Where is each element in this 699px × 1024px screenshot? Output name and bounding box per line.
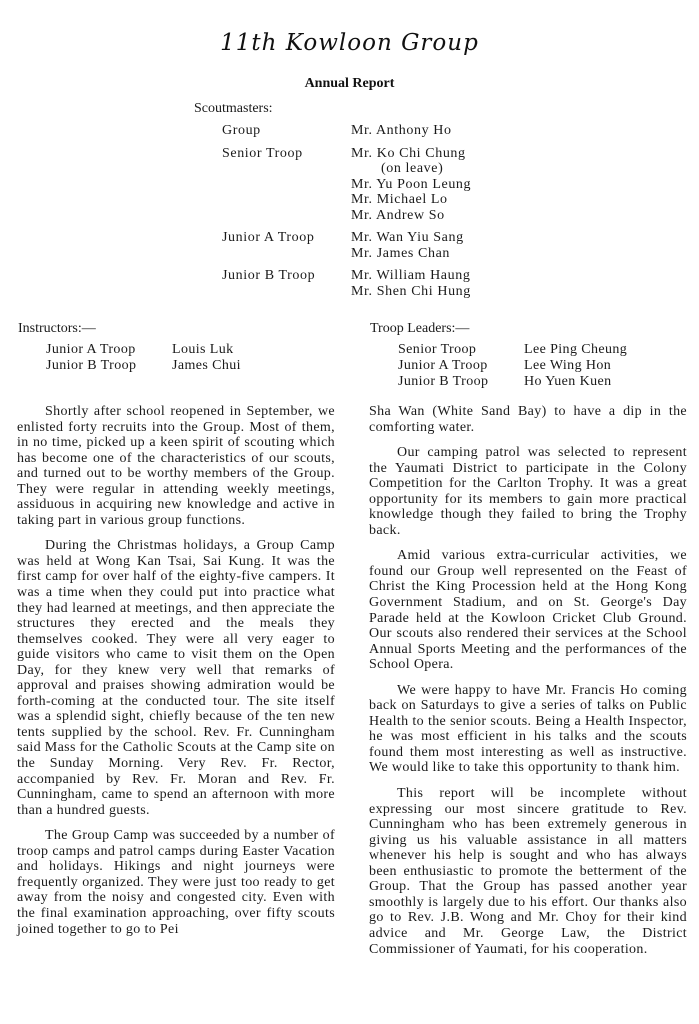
body-paragraph-continuation: Sha Wan (White Sand Bay) to have a dip i… — [369, 404, 687, 435]
body-column-right: Sha Wan (White Sand Bay) to have a dip i… — [369, 404, 687, 967]
instructors-label: Instructors:— — [18, 321, 241, 337]
troop-leaders-label: Troop Leaders:— — [370, 321, 627, 337]
unit-name: Junior A Troop — [398, 358, 524, 374]
troop-leader-row: Junior A Troop Lee Wing Hon — [370, 358, 627, 374]
unit-name: Junior B Troop — [46, 358, 172, 374]
scoutmaster-name: Mr. James Chan — [351, 246, 464, 262]
instructor-name: Louis Luk — [172, 342, 234, 358]
unit-name: Junior A Troop — [46, 342, 172, 358]
scoutmaster-group-row: Group Mr. Anthony Ho — [222, 123, 471, 139]
instructor-row: Junior A Troop Louis Luk — [18, 342, 241, 358]
report-subtitle: Annual Report — [0, 76, 699, 92]
troop-leader-name: Lee Ping Cheung — [524, 342, 627, 358]
scoutmaster-group-row: Junior A Troop Mr. Wan Yiu Sang Mr. Jame… — [222, 230, 471, 261]
scoutmaster-names: Mr. Anthony Ho — [351, 123, 452, 139]
scoutmaster-names: Mr. William Haung Mr. Shen Chi Hung — [351, 268, 471, 299]
scoutmaster-note: (on leave) — [351, 161, 471, 177]
scoutmasters-table: Group Mr. Anthony Ho Senior Troop Mr. Ko… — [222, 123, 471, 306]
scoutmaster-name: Mr. Yu Poon Leung — [351, 177, 471, 193]
troop-leaders-section: Troop Leaders:— Senior Troop Lee Ping Ch… — [370, 321, 627, 390]
scoutmaster-name: Mr. Wan Yiu Sang — [351, 230, 464, 246]
scoutmaster-names: Mr. Wan Yiu Sang Mr. James Chan — [351, 230, 464, 261]
scoutmaster-group-row: Senior Troop Mr. Ko Chi Chung (on leave)… — [222, 146, 471, 224]
unit-name: Junior B Troop — [398, 374, 524, 390]
scoutmaster-name: Mr. Michael Lo — [351, 192, 471, 208]
troop-leader-name: Lee Wing Hon — [524, 358, 611, 374]
unit-name: Junior A Troop — [222, 230, 351, 261]
scoutmaster-name: Mr. Shen Chi Hung — [351, 284, 471, 300]
scoutmaster-names: Mr. Ko Chi Chung (on leave) Mr. Yu Poon … — [351, 146, 471, 224]
scoutmaster-name: Mr. William Haung — [351, 268, 471, 284]
unit-name: Group — [222, 123, 351, 139]
troop-leader-row: Junior B Troop Ho Yuen Kuen — [370, 374, 627, 390]
instructor-name: James Chui — [172, 358, 241, 374]
troop-leader-row: Senior Troop Lee Ping Cheung — [370, 342, 627, 358]
scoutmaster-name: Mr. Anthony Ho — [351, 123, 452, 139]
page-title: 11th Kowloon Group — [0, 30, 699, 56]
body-paragraph: Amid various extra-curricular activities… — [369, 548, 687, 672]
body-paragraph: During the Christmas holidays, a Group C… — [17, 538, 335, 818]
instructors-section: Instructors:— Junior A Troop Louis Luk J… — [18, 321, 241, 374]
troop-leader-name: Ho Yuen Kuen — [524, 374, 612, 390]
body-paragraph: Shortly after school reopened in Septemb… — [17, 404, 335, 528]
body-column-left: Shortly after school reopened in Septemb… — [17, 404, 335, 947]
body-paragraph: We were happy to have Mr. Francis Ho com… — [369, 683, 687, 776]
unit-name: Senior Troop — [222, 146, 351, 224]
scoutmaster-name: Mr. Andrew So — [351, 208, 471, 224]
body-paragraph: The Group Camp was succeeded by a number… — [17, 828, 335, 937]
scoutmasters-label: Scoutmasters: — [194, 101, 273, 117]
instructor-row: Junior B Troop James Chui — [18, 358, 241, 374]
unit-name: Junior B Troop — [222, 268, 351, 299]
body-paragraph: Our camping patrol was selected to repre… — [369, 445, 687, 538]
body-paragraph: This report will be incomplete without e… — [369, 786, 687, 957]
scoutmaster-group-row: Junior B Troop Mr. William Haung Mr. She… — [222, 268, 471, 299]
scoutmaster-name: Mr. Ko Chi Chung — [351, 146, 471, 162]
unit-name: Senior Troop — [398, 342, 524, 358]
